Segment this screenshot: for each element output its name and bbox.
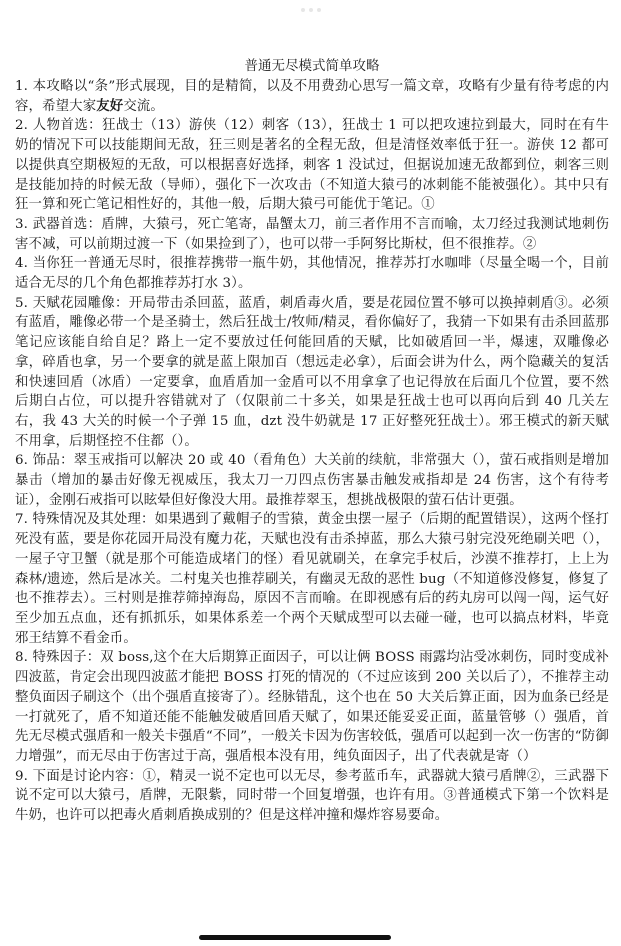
paragraph-8: 8. 特殊因子：双 boss,这个在大后期算正面因子，可以让俩 BOSS 雨露均… bbox=[15, 648, 609, 766]
page-indicator-dots bbox=[301, 8, 321, 12]
paragraph-4: 4. 当你狂一普通无尽时，很推荐携带一瓶牛奶，其他情况，推荐苏打水咖啡（尽量全喝… bbox=[15, 254, 609, 293]
document-title: 普通无尽模式简单攻略 bbox=[15, 56, 609, 76]
paragraph-number: 4. bbox=[15, 256, 28, 271]
paragraph-9: 9. 下面是讨论内容：①，精灵一说不定也可以无尽，参考蓝币车，武器就大猿弓盾牌②… bbox=[15, 767, 609, 826]
paragraph-3: 3. 武器首选：盾牌，大猿弓，死亡笔寄，晶蟹太刀，前三者作用不言而喻，太刀经过我… bbox=[15, 215, 609, 254]
paragraph-text: 当你狂一普通无尽时，很推荐携带一瓶牛奶，其他情况，推荐苏打水咖啡（尽量全喝一个，… bbox=[15, 256, 609, 291]
document-body: 普通无尽模式简单攻略 1. 本攻略以“条”形式展现，目的是精简，以及不用费劲心思… bbox=[15, 56, 609, 826]
paragraph-text: 饰品：翠玉戒指可以解决 20 或 40（看角色）大关前的续航，非常强大（），萤石… bbox=[15, 453, 609, 507]
dot-icon bbox=[317, 8, 321, 12]
paragraph-text: 人物首选：狂战士（13）游侠（12）刺客（13），狂战士 1 可以把攻速拉到最大… bbox=[15, 118, 609, 212]
dot-icon bbox=[301, 8, 305, 12]
paragraph-text-end: 交流。 bbox=[123, 99, 164, 114]
paragraph-number: 9. bbox=[15, 769, 28, 784]
paragraph-text: 下面是讨论内容：①，精灵一说不定也可以无尽，参考蓝币车，武器就大猿弓盾牌②，三武… bbox=[15, 769, 609, 823]
paragraph-5: 5. 天赋花园雕像：开局带击杀回蓝，蓝盾，刺盾毒火盾，要是花园位置不够可以换掉刺… bbox=[15, 294, 609, 452]
paragraph-7: 7. 特殊情况及其处理：如果遇到了戴帽子的雪猿，黄金虫摆一屋子（后期的配置错误）… bbox=[15, 510, 609, 648]
paragraph-number: 1. bbox=[15, 79, 28, 94]
paragraph-number: 8. bbox=[15, 650, 28, 665]
paragraph-1: 1. 本攻略以“条”形式展现，目的是精简，以及不用费劲心思写一篇文章，攻略有少量… bbox=[15, 77, 609, 116]
paragraph-text: 特殊因子：双 boss,这个在大后期算正面因子，可以让俩 BOSS 雨露均沾受冰… bbox=[15, 650, 609, 764]
paragraph-number: 3. bbox=[15, 217, 28, 232]
paragraph-text: 特殊情况及其处理：如果遇到了戴帽子的雪猿，黄金虫摆一屋子（后期的配置错误），这两… bbox=[15, 512, 609, 645]
paragraph-text: 武器首选：盾牌，大猿弓，死亡笔寄，晶蟹太刀，前三者作用不言而喻，太刀经过我测试地… bbox=[15, 217, 609, 252]
paragraph-number: 6. bbox=[15, 453, 28, 468]
paragraph-bold-text: 友好 bbox=[96, 98, 123, 114]
dot-icon bbox=[309, 8, 313, 12]
paragraph-6: 6. 饰品：翠玉戒指可以解决 20 或 40（看角色）大关前的续航，非常强大（）… bbox=[15, 451, 609, 510]
paragraph-number: 5. bbox=[15, 296, 28, 311]
paragraph-number: 7. bbox=[15, 512, 28, 527]
paragraph-number: 2. bbox=[15, 118, 28, 133]
paragraph-2: 2. 人物首选：狂战士（13）游侠（12）刺客（13），狂战士 1 可以把攻速拉… bbox=[15, 116, 609, 215]
paragraph-text: 天赋花园雕像：开局带击杀回蓝，蓝盾，刺盾毒火盾，要是花园位置不够可以换掉刺盾③。… bbox=[15, 296, 609, 449]
home-indicator-bar[interactable] bbox=[199, 935, 391, 940]
